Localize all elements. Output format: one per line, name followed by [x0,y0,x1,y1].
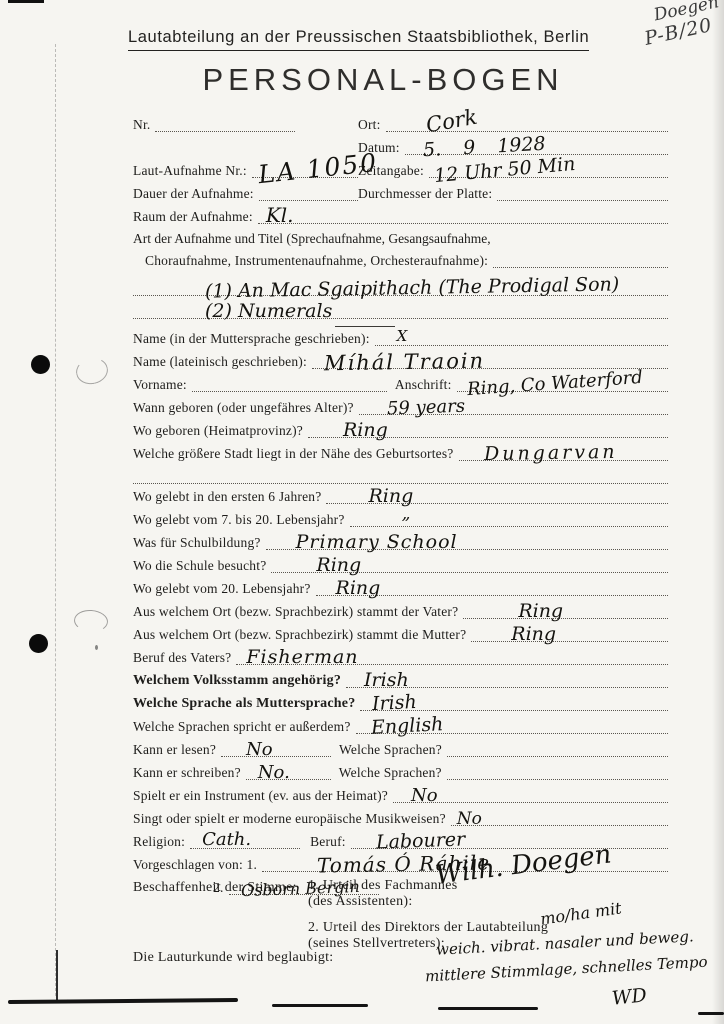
raum-label: Raum der Aufnahme: [133,210,253,224]
herkunft-vater-value: Ring [518,602,563,621]
row-schulbildung: Was für Schulbildung? Primary School [133,535,668,550]
raum-value: Kl. [266,205,294,225]
dotted-line: Kl. [258,208,668,224]
row-title-1: (1) An Mac Sgaipithach (The Prodigal Son… [133,281,668,296]
row-muttersprache: Welche Sprache als Muttersprache? Irish [133,696,668,711]
dotted-line: Ring, Co Waterford [457,376,668,392]
beruf-vater-label: Beruf des Vaters? [133,651,231,665]
director-note-line1: mo/ha mit [539,900,622,927]
row-lautnr-zeit: Laut-Aufnahme Nr.: LA 1050 Zeitangabe: 1… [133,163,668,178]
naechste-stadt-label: Welche größere Stadt liegt in der Nähe d… [133,447,454,461]
form-title: PERSONAL-BOGEN [0,62,724,98]
scan-bottom-line [438,1007,538,1010]
laut-aufnahme-nr-value: LA 1050 [257,150,379,187]
section-divider-rule [335,326,395,327]
volksstamm-label: Welchem Volksstamm angehörig? [133,674,341,688]
volksstamm-value: Irish [364,671,409,690]
institution-header: Lautabteilung an der Preussischen Staats… [128,28,589,51]
dotted-line: 12 Uhr 50 Min [429,177,668,178]
dotted-line [133,468,668,484]
scan-bottom-line [272,1004,368,1007]
row-herkunft-vater: Aus welchem Ort (bezw. Sprachbezirk) sta… [133,604,668,619]
row-name-lateinisch: Name (lateinisch geschrieben): Míhál Tra… [133,354,668,369]
vorgeschlagen-label: Vorgeschlagen von: 1. [133,858,257,872]
row-naechste-stadt: Welche größere Stadt liegt in der Nähe d… [133,446,668,461]
kann-lesen-value: No [246,741,273,759]
row-title-2: (2) Numerals [133,304,668,319]
stimme-label: Beschaffenheit der Stimme: [133,880,297,896]
nr-label: Nr. [133,118,150,132]
wann-geboren-value: 59 years [386,398,465,419]
row-weitere-sprachen: Welche Sprachen spricht er außerdem? Eng… [133,719,668,734]
row-nr-ort: Nr. Ort: Cork [133,117,668,132]
dotted-line: 5. 9 1928 [405,154,668,155]
row-art-line2: Choraufnahme, Instrumentenaufnahme, Orch… [133,253,668,268]
schulbildung-value: Primary School [296,533,458,552]
dotted-line: (1) An Mac Sgaipithach (The Prodigal Son… [133,280,668,296]
art-label-line2: Choraufnahme, Instrumentenaufnahme, Orch… [145,254,488,268]
row-empty-divider [133,469,668,484]
dotted-line: Irish [360,695,668,711]
row-7-bis-20: Wo gelebt vom 7. bis 20. Lebensjahr? „ [133,512,668,527]
weitere-sprachen-label: Welche Sprachen spricht er außerdem? [133,720,351,734]
dotted-line: Primary School [266,534,668,550]
row-erste-6-jahre: Wo gelebt in den ersten 6 Jahren? Ring [133,489,668,504]
ort-label: Ort: [358,118,381,132]
title-1-handwritten: (1) An Mac Sgaipithach (The Prodigal Son… [205,275,619,301]
name-muttersprache-label: Name (in der Muttersprache geschrieben): [133,332,370,346]
director-note-line3: mittlere Stimmlage, schnelles Tempo [425,955,708,985]
row-instrument: Spielt er ein Instrument (ev. aus der He… [133,788,668,803]
row-wann-geboren: Wann geboren (oder ungefähres Alter)? 59… [133,400,668,415]
lesen-welche-sprachen-label: Welche Sprachen? [339,743,442,757]
herkunft-vater-label: Aus welchem Ort (bezw. Sprachbezirk) sta… [133,605,458,619]
dotted-line: No [221,741,331,757]
dotted-line: Ring [471,626,668,642]
religion-label: Religion: [133,835,185,849]
vorname-label: Vorname: [133,378,187,392]
religion-value: Cath. [202,831,251,849]
left-margin-dark-line [56,950,58,1002]
anschrift-value: Ring, Co Waterford [466,369,643,399]
dotted-line [497,200,668,201]
schule-ort-value: Ring [316,556,361,575]
anschrift-label: Anschrift: [395,378,452,392]
muttersprache-label: Welche Sprache als Muttersprache? [133,697,355,711]
row-kann-lesen: Kann er lesen? No Welche Sprachen? [133,742,668,757]
dotted-line: X [375,330,668,346]
dotted-line: Ring [308,422,668,438]
wann-geboren-label: Wann geboren (oder ungefähres Alter)? [133,401,354,415]
row-musikweisen: Singt oder spielt er moderne europäische… [133,811,668,826]
instrument-value: No [411,787,438,805]
row-herkunft-mutter: Aus welchem Ort (bezw. Sprachbezirk) sta… [133,627,668,642]
row-kann-schreiben: Kann er schreiben? No. Welche Sprachen? [133,765,668,780]
scan-bottom-line [8,998,238,1004]
row-schule-ort: Wo die Schule besucht? Ring [133,558,668,573]
dotted-line: „ [350,511,668,527]
title-2-handwritten: (2) Numerals [205,302,332,321]
scan-edge-shadow [712,0,724,1024]
dotted-line: 59 years [359,399,668,415]
name-lateinisch-value: Míhál Traoin [324,351,485,375]
punch-hole-top [31,355,50,374]
ab-20-value: Ring [336,579,381,598]
dotted-line: Irish [346,672,668,688]
row-name-muttersprache: Name (in der Muttersprache geschrieben):… [133,331,668,346]
dauer-label: Dauer der Aufnahme: [133,187,254,201]
dotted-line: English [356,718,668,734]
dotted-line: Ring [463,603,668,619]
dotted-line: No. [246,764,331,780]
kann-schreiben-label: Kann er schreiben? [133,766,241,780]
row-volksstamm: Welchem Volksstamm angehörig? Irish [133,673,668,688]
laut-aufnahme-nr-label: Laut-Aufnahme Nr.: [133,164,247,178]
beglaubigt-label: Die Lauturkunde wird beglaubigt: [133,950,334,966]
schule-ort-label: Wo die Schule besucht? [133,559,266,573]
dotted-line [447,741,668,757]
recording-title-section: Art der Aufnahme und Titel (Sprechaufnah… [133,231,668,327]
row-ab-20: Wo gelebt vom 20. Lebensjahr? Ring [133,581,668,596]
dotted-line: No [393,787,668,803]
dotted-line [493,252,668,268]
dotted-line [447,764,668,780]
dotted-line: Labourer [351,833,668,849]
weitere-sprachen-value: English [370,715,443,738]
dotted-line: Míhál Traoin [312,353,668,369]
dotted-line: Ring [271,557,668,573]
row-dauer-durchmesser: Dauer der Aufnahme: Durchmesser der Plat… [133,186,668,201]
dotted-line: Ring [326,488,668,504]
name-lateinisch-label: Name (lateinisch geschrieben): [133,355,307,369]
herkunft-mutter-value: Ring [511,625,556,644]
dotted-line: Ring [316,580,668,596]
jahre-7-20-ditto-mark: „ [402,506,411,523]
pencil-mark-bottom [73,609,108,633]
dotted-line: Fisherman [236,649,668,665]
ort-handwritten-value: Cork [424,107,478,137]
jahre-7-20-label: Wo gelebt vom 7. bis 20. Lebensjahr? [133,513,345,527]
durchmesser-label: Durchmesser der Platte: [358,187,492,201]
dotted-line [259,200,358,201]
art-label-line1: Art der Aufnahme und Titel (Sprechaufnah… [133,231,668,246]
personal-bogen-scan: Doegen P-B/20 Lautabteilung an der Preus… [0,0,724,1024]
beruf-label: Beruf: [310,835,346,849]
row-wo-geboren: Wo geboren (Heimatprovinz)? Ring [133,423,668,438]
muttersprache-value: Irish [372,693,418,714]
row-datum: Datum: 5. 9 1928 [133,140,668,155]
scan-artifact-top [8,0,44,3]
musikweisen-value: No [457,811,482,828]
director-note-initials: WD [611,986,648,1009]
name-muttersprache-x-mark: X [397,329,408,344]
schreiben-welche-sprachen-label: Welche Sprachen? [339,766,442,780]
instrument-label: Spielt er ein Instrument (ev. aus der He… [133,789,388,803]
dotted-line: Dungarvan [459,445,668,461]
wo-geboren-value: Ring [343,421,388,440]
dotted-line [192,376,387,392]
urteil-direktor-label: 2. Urteil des Direktors der Lautabteilun… [308,920,548,936]
pencil-dot [95,645,98,650]
kann-schreiben-value: No. [258,764,290,782]
dotted-line: LA 1050 [252,177,358,178]
musikweisen-label: Singt oder spielt er moderne europäische… [133,812,446,826]
kann-lesen-label: Kann er lesen? [133,743,216,757]
row-vorname-anschrift: Vorname: Anschrift: Ring, Co Waterford [133,377,668,392]
recording-meta-section: Nr. Ort: Cork Datum: 5. 9 1928 Laut-Aufn… [133,117,668,232]
erste-6-jahre-label: Wo gelebt in den ersten 6 Jahren? [133,490,321,504]
beruf-value: Labourer [375,830,465,852]
ab-20-label: Wo gelebt vom 20. Lebensjahr? [133,582,311,596]
naechste-stadt-value: Dungarvan [483,443,617,464]
personal-details-section: Name (in der Muttersprache geschrieben):… [133,331,668,492]
dotted-line: Cork [386,131,668,132]
punch-hole-bottom [29,634,48,653]
wo-geboren-label: Wo geboren (Heimatprovinz)? [133,424,303,438]
pencil-mark-top [74,355,111,387]
dotted-line: (2) Numerals [133,303,668,319]
urteil-fachmann-sub-label: (des Assistenten): [308,894,413,910]
urteil-fachmann-label: 1. Urteil des Fachmannes [308,878,458,894]
dotted-line [155,131,295,132]
beruf-vater-value: Fisherman [246,648,358,667]
dotted-line: No [451,810,668,826]
dotted-line: Cath. [190,833,300,849]
row-raum: Raum der Aufnahme: Kl. [133,209,668,224]
left-margin-dotted-line [55,44,56,996]
scan-bottom-line [698,1012,724,1015]
schulbildung-label: Was für Schulbildung? [133,536,261,550]
row-beruf-vater: Beruf des Vaters? Fisherman [133,650,668,665]
herkunft-mutter-label: Aus welchem Ort (bezw. Sprachbezirk) sta… [133,628,466,642]
